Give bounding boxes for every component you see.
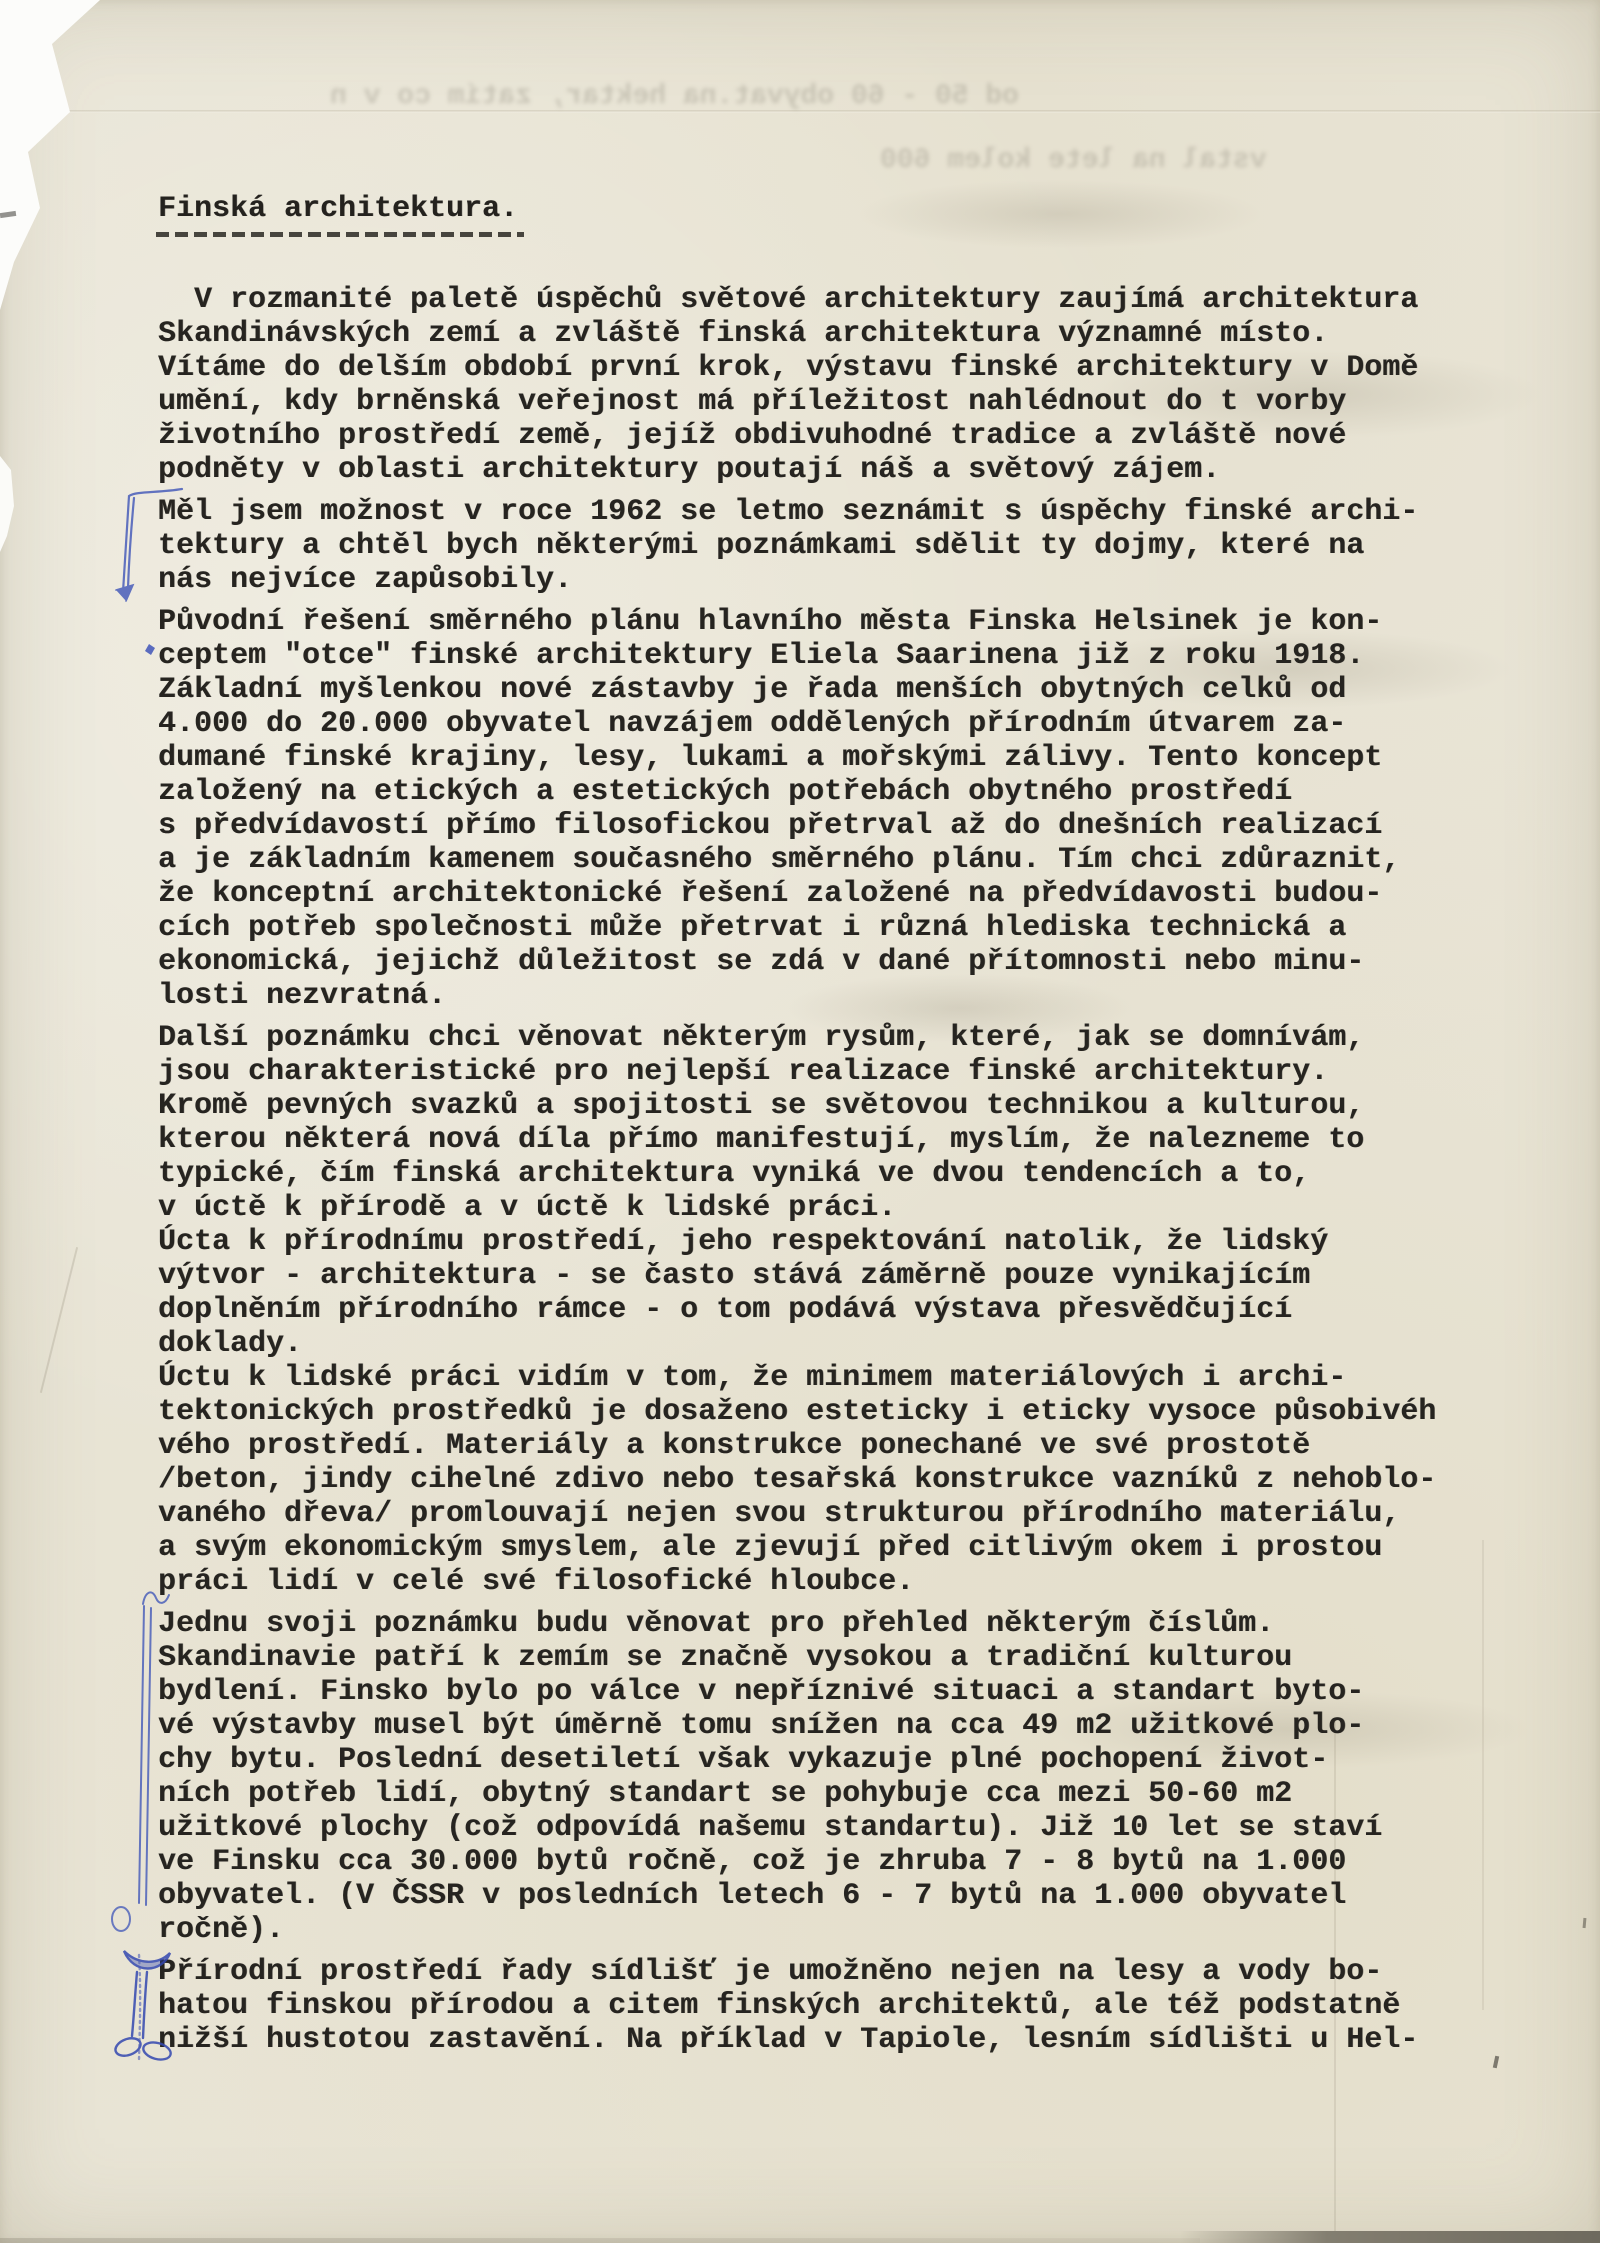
paragraph-helsinki-plan: Původní řešení směrného plánu hlavního m…	[158, 605, 1488, 1013]
paragraph-tapiola: Přírodní prostředí řady sídlišť je umožn…	[158, 1955, 1488, 2057]
next-sheet-edge	[1180, 2231, 1600, 2243]
typed-text-block: V rozmanité paletě úspěchů světové archi…	[158, 283, 1488, 2065]
paragraph-characteristics: Další poznámku chci věnovat některým rys…	[158, 1021, 1488, 1599]
document-title: Finská architektura.	[158, 192, 518, 226]
fold-crease	[0, 110, 1600, 113]
paragraph-statistics: Jednu svoji poznámku budu věnovat pro př…	[158, 1607, 1488, 1947]
title-underline	[156, 232, 524, 237]
scanned-document-page: od 50 - 60 obyvat.na hektar, zatím co v …	[0, 0, 1600, 2243]
paragraph-1962-visit: Měl jsem možnost v roce 1962 se letmo se…	[158, 495, 1488, 597]
paragraph-intro: V rozmanité paletě úspěchů světové archi…	[158, 283, 1488, 487]
page-bottom-shadow	[0, 2238, 1200, 2243]
